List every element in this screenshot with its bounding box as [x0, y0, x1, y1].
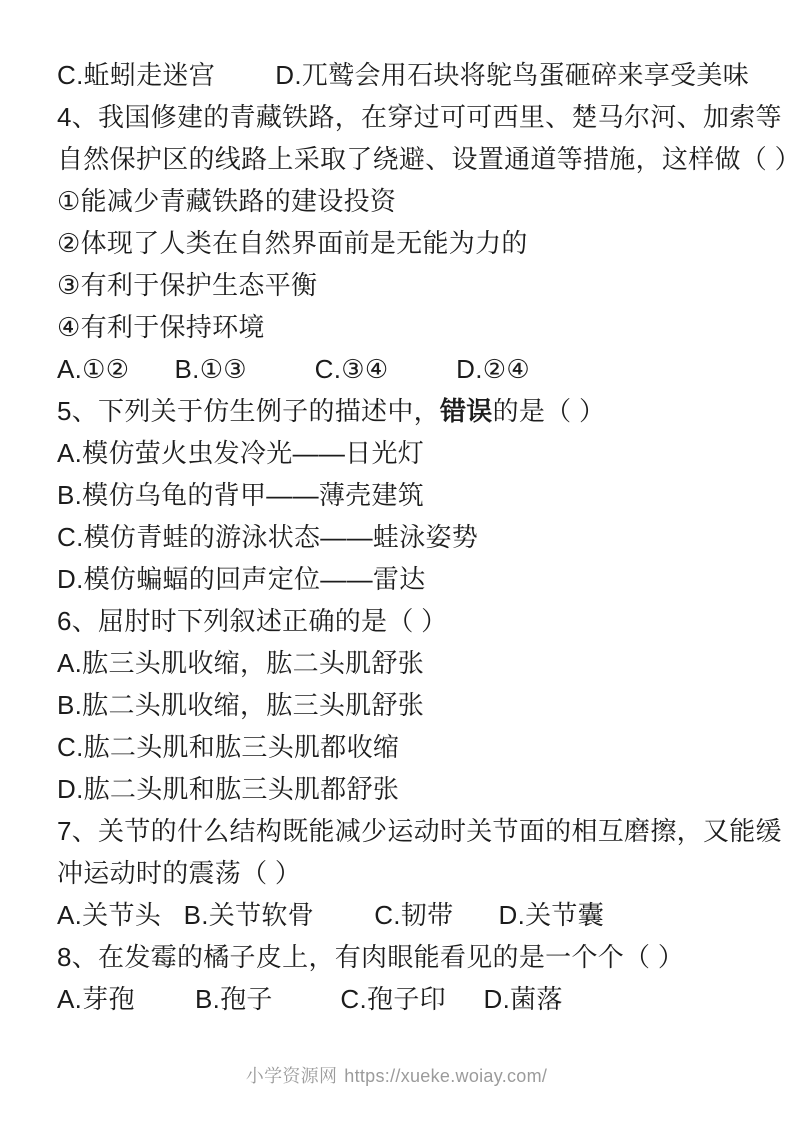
q6-option-a: A.肱三头肌收缩，肱二头肌舒张 — [57, 642, 753, 684]
q4-statement-2-text: ②体现了人类在自然界面前是无能为力的 — [57, 228, 528, 258]
q4-stem-line1-text: 4、我国修建的青藏铁路，在穿过可可西里、楚马尔河、加索等 — [57, 102, 782, 132]
q3-options-c-d-text: C.蚯蚓走迷宫 D.兀鹫会用石块将鸵鸟蛋砸碎来享受美味 — [57, 60, 749, 90]
q7-options: A.关节头 B.关节软骨 C.韧带 D.关节囊 — [57, 894, 753, 936]
q6-option-d-text: D.肱二头肌和肱三头肌都舒张 — [57, 774, 399, 804]
q5-option-c-text: C.模仿青蛙的游泳状态——蛙泳姿势 — [57, 522, 478, 552]
q5-option-a-text: A.模仿萤火虫发冷光——日光灯 — [57, 438, 424, 468]
q5-option-d: D.模仿蝙蝠的回声定位——雷达 — [57, 558, 753, 600]
q4-options-text: A.①② B.①③ C.③④ D.②④ — [57, 354, 530, 384]
q5-option-d-text: D.模仿蝙蝠的回声定位——雷达 — [57, 564, 426, 594]
q5-option-b-text: B.模仿乌龟的背甲——薄壳建筑 — [57, 480, 424, 510]
q8-stem-text: 8、在发霉的橘子皮上，有肉眼能看见的是一个个（ ） — [57, 942, 684, 972]
q5-stem-text: 的是（ ） — [493, 396, 606, 426]
q4-statement-4-text: ④有利于保持环境 — [57, 312, 265, 342]
q7-stem-line1-text: 7、关节的什么结构既能减少运动时关节面的相互磨擦，又能缓 — [57, 816, 782, 846]
q7-stem-line2-text: 冲运动时的震荡（ ） — [57, 858, 301, 888]
q6-option-b: B.肱二头肌收缩，肱三头肌舒张 — [57, 684, 753, 726]
worksheet-page: C.蚯蚓走迷宫 D.兀鹫会用石块将鸵鸟蛋砸碎来享受美味4、我国修建的青藏铁路，在… — [0, 0, 793, 1122]
q8-options: A.芽孢 B.孢子 C.孢子印 D.菌落 — [57, 978, 753, 1020]
q6-option-c-text: C.肱二头肌和肱三头肌都收缩 — [57, 732, 399, 762]
q6-option-b-text: B.肱二头肌收缩，肱三头肌舒张 — [57, 690, 424, 720]
q4-stem-line1: 4、我国修建的青藏铁路，在穿过可可西里、楚马尔河、加索等 — [57, 96, 753, 138]
q4-statement-3: ③有利于保护生态平衡 — [57, 264, 753, 306]
q7-options-text: A.关节头 B.关节软骨 C.韧带 D.关节囊 — [57, 900, 604, 930]
footer: 小学资源网https://xueke.woiay.com/ — [0, 1062, 793, 1088]
q5-option-a: A.模仿萤火虫发冷光——日光灯 — [57, 432, 753, 474]
q3-options-c-d: C.蚯蚓走迷宫 D.兀鹫会用石块将鸵鸟蛋砸碎来享受美味 — [57, 54, 753, 96]
q5-stem-text: 5、下列关于仿生例子的描述中， — [57, 396, 440, 426]
q5-option-c: C.模仿青蛙的游泳状态——蛙泳姿势 — [57, 516, 753, 558]
footer-site-name: 小学资源网 — [246, 1066, 338, 1086]
q4-options: A.①② B.①③ C.③④ D.②④ — [57, 348, 753, 390]
q4-statement-3-text: ③有利于保护生态平衡 — [57, 270, 317, 300]
q4-stem-line2: 自然保护区的线路上采取了绕避、设置通道等措施，这样做（ ） — [57, 138, 753, 180]
q4-stem-line2-text: 自然保护区的线路上采取了绕避、设置通道等措施，这样做（ ） — [57, 144, 793, 174]
q4-statement-4: ④有利于保持环境 — [57, 306, 753, 348]
q5-stem-emphasis: 错误 — [440, 396, 493, 426]
footer-url: https://xueke.woiay.com/ — [344, 1066, 547, 1086]
q6-option-d: D.肱二头肌和肱三头肌都舒张 — [57, 768, 753, 810]
q5-option-b: B.模仿乌龟的背甲——薄壳建筑 — [57, 474, 753, 516]
q6-stem-text: 6、屈肘时下列叙述正确的是（ ） — [57, 606, 447, 636]
question-lines: C.蚯蚓走迷宫 D.兀鹫会用石块将鸵鸟蛋砸碎来享受美味4、我国修建的青藏铁路，在… — [57, 54, 753, 1020]
q7-stem-line1: 7、关节的什么结构既能减少运动时关节面的相互磨擦，又能缓 — [57, 810, 753, 852]
q8-stem: 8、在发霉的橘子皮上，有肉眼能看见的是一个个（ ） — [57, 936, 753, 978]
q4-statement-2: ②体现了人类在自然界面前是无能为力的 — [57, 222, 753, 264]
q6-option-a-text: A.肱三头肌收缩，肱二头肌舒张 — [57, 648, 424, 678]
q6-option-c: C.肱二头肌和肱三头肌都收缩 — [57, 726, 753, 768]
q7-stem-line2: 冲运动时的震荡（ ） — [57, 852, 753, 894]
q6-stem: 6、屈肘时下列叙述正确的是（ ） — [57, 600, 753, 642]
q8-options-text: A.芽孢 B.孢子 C.孢子印 D.菌落 — [57, 984, 563, 1014]
q5-stem: 5、下列关于仿生例子的描述中，错误的是（ ） — [57, 390, 753, 432]
q4-statement-1: ①能减少青藏铁路的建设投资 — [57, 180, 753, 222]
q4-statement-1-text: ①能减少青藏铁路的建设投资 — [57, 186, 396, 216]
